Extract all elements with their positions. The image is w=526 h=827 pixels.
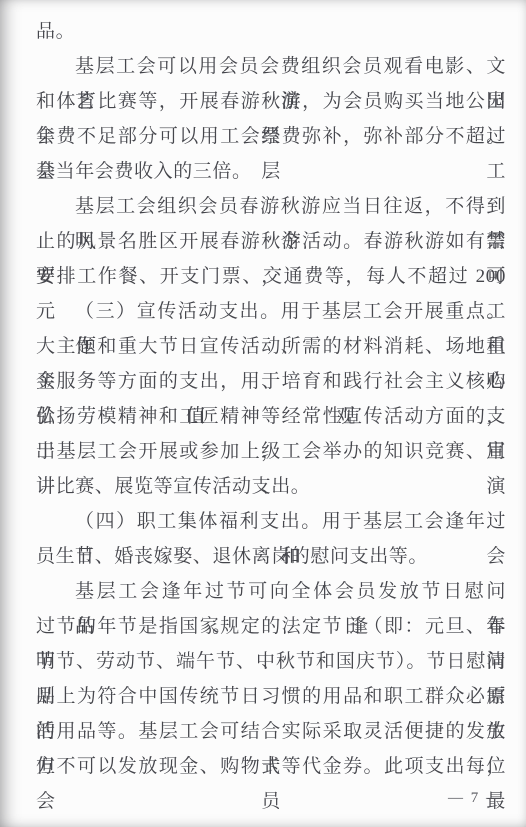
text-line: 但不可以发放现金、购物卡等代金券。此项支出每位会员最 [36, 749, 506, 784]
text-line: （四）职工集体福利支出。用于基层工会逢年过节和会 [36, 504, 506, 539]
document-body: 品。基层工会可以用会员会费组织会员观看电影、文艺演出和体育比赛等，开展春游秋游，… [36, 14, 506, 784]
text-line: 品。 [36, 14, 506, 49]
page-number: — 7 — [448, 790, 503, 806]
text-line: 会费不足部分可以用工会经费弥补，弥补部分不超过基层工 [36, 119, 506, 154]
text-line: 过节的年节是指国家规定的法定节日（即：元旦、春节、清 [36, 609, 506, 644]
text-line: 弘扬劳模精神和工匠精神等经常性宣传活动方面的支出，用 [36, 399, 506, 434]
text-line: 明节、劳动节、端午节、中秋节和国庆节）。节日慰问品原 [36, 644, 506, 679]
text-line: 于基层工会开展或参加上级工会举办的知识竞赛、宣讲、演 [36, 434, 506, 469]
text-line: 基层工会可以用会员会费组织会员观看电影、文艺演出 [36, 49, 506, 84]
text-line: 买服务等方面的支出，用于培育和践行社会主义核心价值观， [36, 364, 506, 399]
text-line: 大主题和重大节日宣传活动所需的材料消耗、场地租金、购 [36, 329, 506, 364]
text-line: 安排工作餐、开支门票、交通费等，每人不超过 200 元。 [36, 259, 506, 294]
text-line: （三）宣传活动支出。用于基层工会开展重点工作、重 [36, 294, 506, 329]
text-line: 和体育比赛等，开展春游秋游，为会员购买当地公园年票。 [36, 84, 506, 119]
page-footer: — 7 — [448, 790, 503, 807]
text-line: 止的风景名胜区开展春游秋游活动。春游秋游如有需要，可 [36, 224, 506, 259]
text-line: 则上为符合中国传统节日习惯的用品和职工群众必需的生 [36, 679, 506, 714]
text-line: 活用品等。基层工会可结合实际采取灵活便捷的发放方式， [36, 714, 506, 749]
text-line: 基层工会组织会员春游秋游应当日往返，不得到明令禁 [36, 189, 506, 224]
document-page: 品。基层工会可以用会员会费组织会员观看电影、文艺演出和体育比赛等，开展春游秋游，… [0, 0, 526, 827]
text-line: 基层工会逢年过节可向全体会员发放节日慰问品。逢年 [36, 574, 506, 609]
